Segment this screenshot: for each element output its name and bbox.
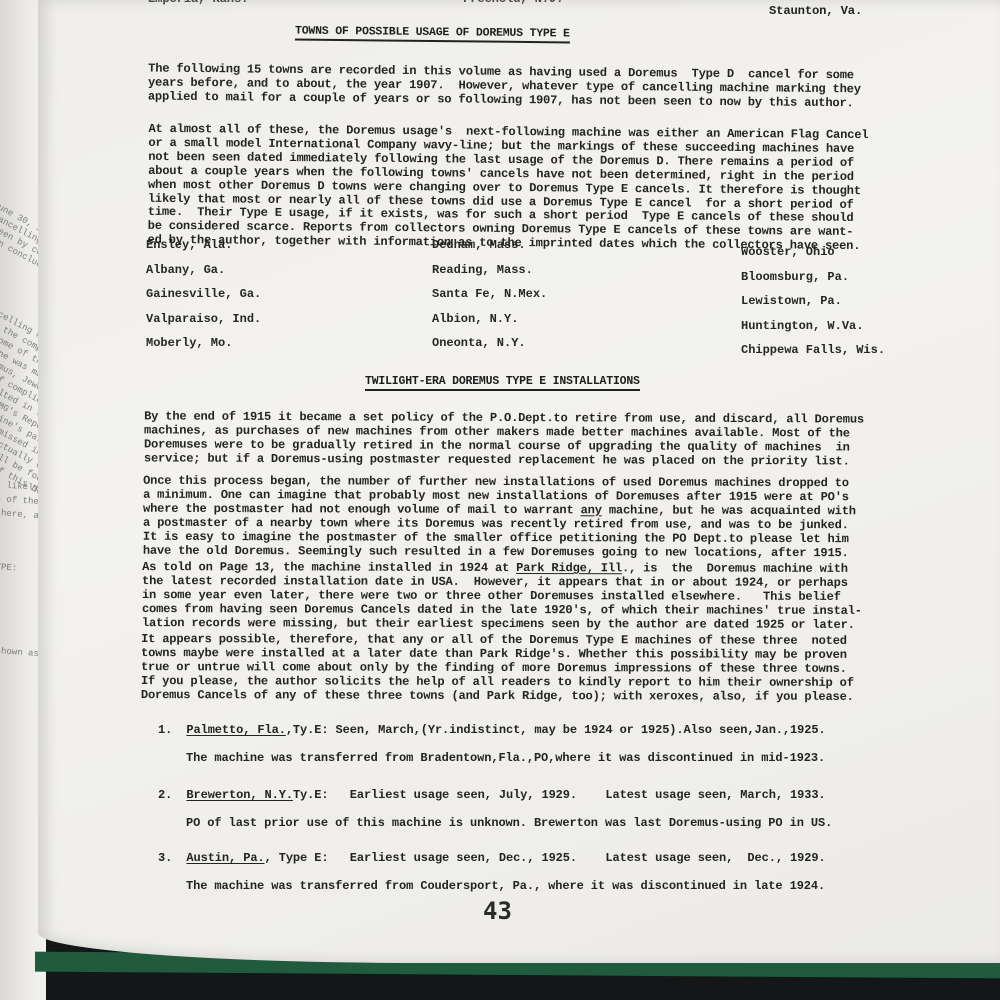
entry-details: , Type E: Earliest usage seen, Dec., 192…: [265, 851, 826, 865]
paragraph-request: It appears possible, therefore, that any…: [141, 633, 871, 704]
paragraph-policy: By the end of 1915 it became a set polic…: [144, 410, 874, 469]
text-line: have the old Doremus. Seemingly such res…: [143, 544, 873, 560]
section-title-twilight-era: TWILIGHT-ERA DOREMUS TYPE E INSTALLATION…: [365, 375, 640, 391]
town-name: Albion, N.Y.: [432, 312, 518, 326]
town-name: Huntington, W.Va.: [741, 319, 863, 333]
town-name: Moberly, Mo.: [146, 336, 232, 350]
entry-number: 1.: [158, 723, 186, 737]
text-line: Doremus Cancels of any of these three to…: [141, 689, 871, 705]
entry-town: Austin, Pa.: [186, 851, 264, 865]
town-name: Gainesville, Ga.: [146, 287, 261, 301]
header-fragment-left: Emporia, Kans.: [148, 0, 248, 7]
town-name: Lewistown, Pa.: [741, 294, 842, 308]
town-name: Dedham, Mass.: [432, 238, 526, 252]
entry-number: 2.: [158, 788, 186, 802]
town-name: Chippewa Falls, Wis.: [741, 343, 885, 357]
paragraph-process: Once this process began, the number of f…: [143, 475, 873, 561]
header-fragment-right: Staunton, Va.: [769, 5, 862, 19]
town-name: Santa Fe, N.Mex.: [432, 287, 547, 301]
entry-town: Palmetto, Fla.: [186, 723, 285, 737]
section-title-possible-usage: TOWNS OF POSSIBLE USAGE OF DOREMUS TYPE …: [295, 25, 570, 44]
page-number: 43: [483, 897, 512, 925]
town-name: Albany, Ga.: [146, 263, 225, 277]
entry-line-1: 3. Austin, Pa., Type E: Earliest usage s…: [158, 851, 826, 865]
paragraph-doremus-usage: At almost all of these, the Doremus usag…: [147, 123, 878, 255]
paragraph-intro: The following 15 towns are recorded in t…: [148, 62, 878, 111]
header-fragment-middle: Freehold, N.J.: [463, 0, 563, 7]
town-name: Valparaiso, Ind.: [146, 312, 261, 326]
entry-town: Brewerton, N.Y.: [186, 788, 293, 802]
text-line: lation records were missing, but their e…: [142, 617, 872, 633]
facing-page-fragment: YPE:: [0, 562, 18, 573]
entry-number: 3.: [158, 851, 186, 865]
entry-details: Ty.E: Earliest usage seen, July, 1929. L…: [293, 788, 826, 802]
town-name: Oneonta, N.Y.: [432, 336, 526, 350]
entry-line-1: 2. Brewerton, N.Y.Ty.E: Earliest usage s…: [158, 788, 826, 802]
entry-line-1: 1. Palmetto, Fla.,Ty.E: Seen, March,(Yr.…: [158, 723, 826, 737]
town-name: Bloomsburg, Pa.: [741, 270, 849, 284]
town-name: Ensley, Ala.: [146, 238, 232, 252]
paragraph-park-ridge: As told on Page 13, the machine installe…: [142, 561, 872, 632]
entry-line-2: The machine was transferred from Bradent…: [186, 751, 825, 765]
entry-line-2: PO of last prior use of this machine is …: [186, 816, 832, 830]
town-name: Wooster, Ohio: [741, 245, 835, 259]
entry-line-2: The machine was transferred from Couders…: [186, 879, 825, 893]
entry-details: ,Ty.E: Seen, March,(Yr.indistinct, may b…: [286, 723, 826, 737]
town-name: Reading, Mass.: [432, 263, 533, 277]
